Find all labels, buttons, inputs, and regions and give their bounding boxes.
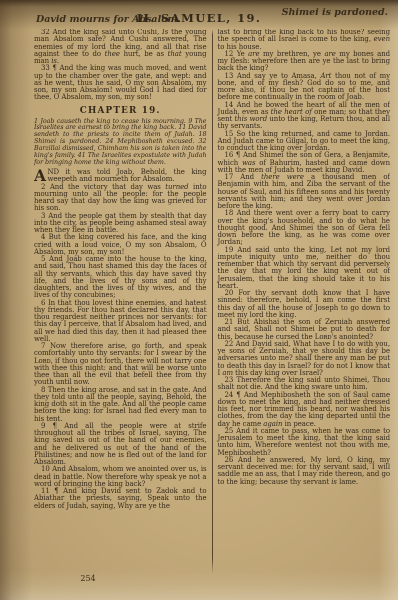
verse: 10 And Absalom, whom we anointed over us… bbox=[34, 466, 207, 488]
verse-number: 23 bbox=[225, 376, 237, 384]
verse: 5 And Joab came into the house to the ki… bbox=[34, 256, 207, 300]
verse-number: 32 bbox=[41, 29, 53, 36]
verse-number: 14 bbox=[225, 101, 237, 109]
drop-cap-letter: A bbox=[34, 169, 47, 183]
verse-number: 24 ¶ bbox=[225, 391, 244, 399]
verse-number: 6 bbox=[41, 299, 48, 307]
verse: 25 And it came to pass, when he was come… bbox=[218, 428, 391, 457]
verse-number: 7 bbox=[41, 342, 50, 350]
verse: 19 And said unto the king, Let not my lo… bbox=[218, 247, 391, 291]
page-header: David mourns for Absalom. II. SAMUEL, 19… bbox=[0, 0, 398, 28]
verse-number: 21 bbox=[225, 318, 238, 326]
verse-number: 2 bbox=[41, 183, 50, 191]
verse: 3 And the people gat them by stealth tha… bbox=[34, 213, 207, 235]
verse: 23 Therefore the king said unto Shimei, … bbox=[218, 377, 391, 392]
verse: 12 Ye are my brethren, ye are my bones a… bbox=[218, 51, 391, 73]
verse-number: 20 bbox=[225, 289, 239, 297]
verse: 7 Now therefore arise, go forth, and spe… bbox=[34, 343, 207, 387]
right-column: last to bring the king back to his house… bbox=[213, 29, 391, 574]
verse-number: 25 bbox=[225, 427, 237, 435]
verse: 20 For thy servant doth know that I have… bbox=[218, 290, 391, 319]
verse-number: 33 ¶ bbox=[41, 64, 60, 72]
chapter-summary: 1 Joab causeth the king to cease his mou… bbox=[34, 119, 207, 168]
verse-number: 9 ¶ bbox=[41, 422, 64, 430]
verse: 2 And the victory that day was turned in… bbox=[34, 184, 207, 213]
verse: 6 In that thou lovest thine enemies, and… bbox=[34, 300, 207, 344]
verse: 22 And David said, What have I to do wit… bbox=[218, 341, 391, 377]
verse-number: 5 bbox=[41, 255, 49, 263]
verse-number: 3 bbox=[41, 212, 48, 220]
verse: 9 ¶ And all the people were at strife th… bbox=[34, 423, 207, 467]
verse-number: 15 bbox=[225, 130, 237, 138]
verse: 15 So the king returned, and came to Jor… bbox=[218, 131, 391, 153]
verse: 16 ¶ And Shimei the son of Gera, a Benja… bbox=[218, 152, 391, 174]
verse: 8 Then the king arose, and sat in the ga… bbox=[34, 387, 207, 423]
left-column: 32 And the king said unto Cushi, Is the … bbox=[34, 29, 212, 574]
text-columns: 32 And the king said unto Cushi, Is the … bbox=[34, 29, 390, 574]
running-head-right: Shimei is pardoned. bbox=[282, 7, 388, 18]
verse-dropcap: AND it was told Joab, Behold, the king w… bbox=[34, 169, 207, 184]
verse-number: 16 ¶ bbox=[225, 151, 243, 159]
verse-number: 4 bbox=[41, 233, 49, 241]
verse: 13 And say ye to Amasa, Art thou not of … bbox=[218, 73, 391, 102]
verse: 26 And he answered, My lord, O king, my … bbox=[218, 457, 391, 486]
verse-number: 11 ¶ bbox=[41, 487, 63, 495]
page-number: 254 bbox=[56, 574, 120, 583]
verse-number: 22 bbox=[225, 340, 236, 348]
verse: 14 And he bowed the heart of all the men… bbox=[218, 102, 391, 131]
verse-number: 10 bbox=[41, 465, 52, 473]
verse: 24 ¶ And Mephibosheth the son of Saul ca… bbox=[218, 392, 391, 428]
verse: 21 But Abishai the son of Zeruiah answer… bbox=[218, 319, 391, 341]
verse: 17 And there were a thousand men of Benj… bbox=[218, 174, 391, 210]
verse: 32 And the king said unto Cushi, Is the … bbox=[34, 29, 207, 65]
verse-number: 8 bbox=[41, 386, 48, 394]
verse-continuation: last to bring the king back to his house… bbox=[218, 29, 391, 51]
verse: 33 ¶ And the king was much moved, and we… bbox=[34, 65, 207, 101]
verse-number: 19 bbox=[225, 246, 238, 254]
verse: 18 And there went over a ferry boat to c… bbox=[218, 210, 391, 246]
verse-number: 18 bbox=[225, 209, 237, 217]
chapter-heading: CHAPTER 19. bbox=[34, 107, 207, 116]
verse-number: 13 bbox=[225, 72, 237, 80]
verse-number: 12 bbox=[225, 50, 237, 58]
verse: 11 ¶ And king David sent to Zadok and to… bbox=[34, 488, 207, 510]
bible-page: David mourns for Absalom. II. SAMUEL, 19… bbox=[0, 0, 398, 600]
verse-number: 17 bbox=[225, 173, 241, 181]
verse: 4 But the king covered his face, and the… bbox=[34, 234, 207, 256]
verse-number: 26 bbox=[225, 456, 239, 464]
